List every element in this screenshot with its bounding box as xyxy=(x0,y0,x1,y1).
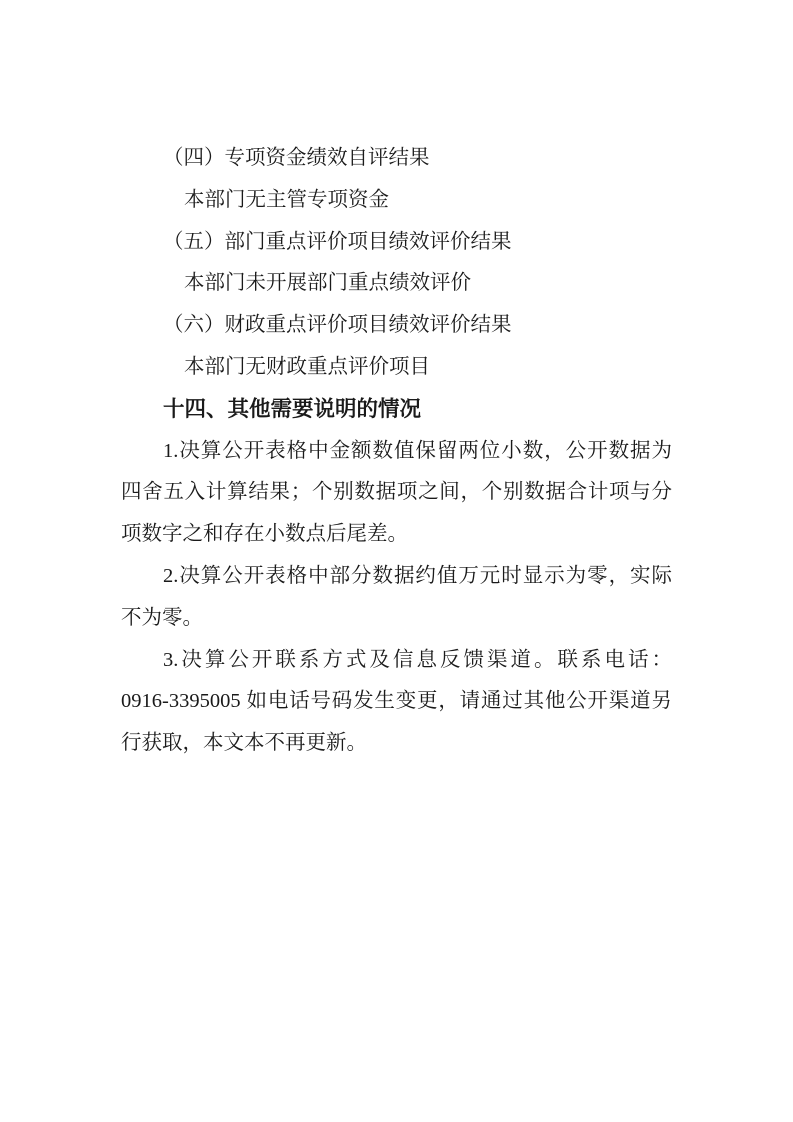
note-2-line-1: 2.决算公开表格中部分数据约值万元时显示为零，实际 xyxy=(121,556,672,598)
subsection-5-body: 本部门未开展部门重点绩效评价 xyxy=(121,263,672,305)
note-2-line-2: 不为零。 xyxy=(121,598,672,640)
note-1-line-1: 1.决算公开表格中金额数值保留两位小数，公开数据为 xyxy=(121,431,672,473)
subsection-6-title: （六）财政重点评价项目绩效评价结果 xyxy=(121,305,672,347)
document-body: （四）专项资金绩效自评结果 本部门无主管专项资金 （五）部门重点评价项目绩效评价… xyxy=(121,138,672,765)
note-1-line-2: 四舍五入计算结果；个别数据项之间，个别数据合计项与分 xyxy=(121,472,672,514)
section-14-title: 十四、其他需要说明的情况 xyxy=(121,389,672,431)
note-3-line-2: 0916-3395005 如电话号码发生变更，请通过其他公开渠道另 xyxy=(121,681,672,723)
note-3-line-1: 3.决算公开联系方式及信息反馈渠道。联系电话： xyxy=(121,640,672,682)
subsection-4-title: （四）专项资金绩效自评结果 xyxy=(121,138,672,180)
note-3-line-3: 行获取，本文本不再更新。 xyxy=(121,723,672,765)
note-1-line-3: 项数字之和存在小数点后尾差。 xyxy=(121,514,672,556)
subsection-5-title: （五）部门重点评价项目绩效评价结果 xyxy=(121,222,672,264)
subsection-4-body: 本部门无主管专项资金 xyxy=(121,180,672,222)
document-page: （四）专项资金绩效自评结果 本部门无主管专项资金 （五）部门重点评价项目绩效评价… xyxy=(0,0,793,1122)
subsection-6-body: 本部门无财政重点评价项目 xyxy=(121,347,672,389)
